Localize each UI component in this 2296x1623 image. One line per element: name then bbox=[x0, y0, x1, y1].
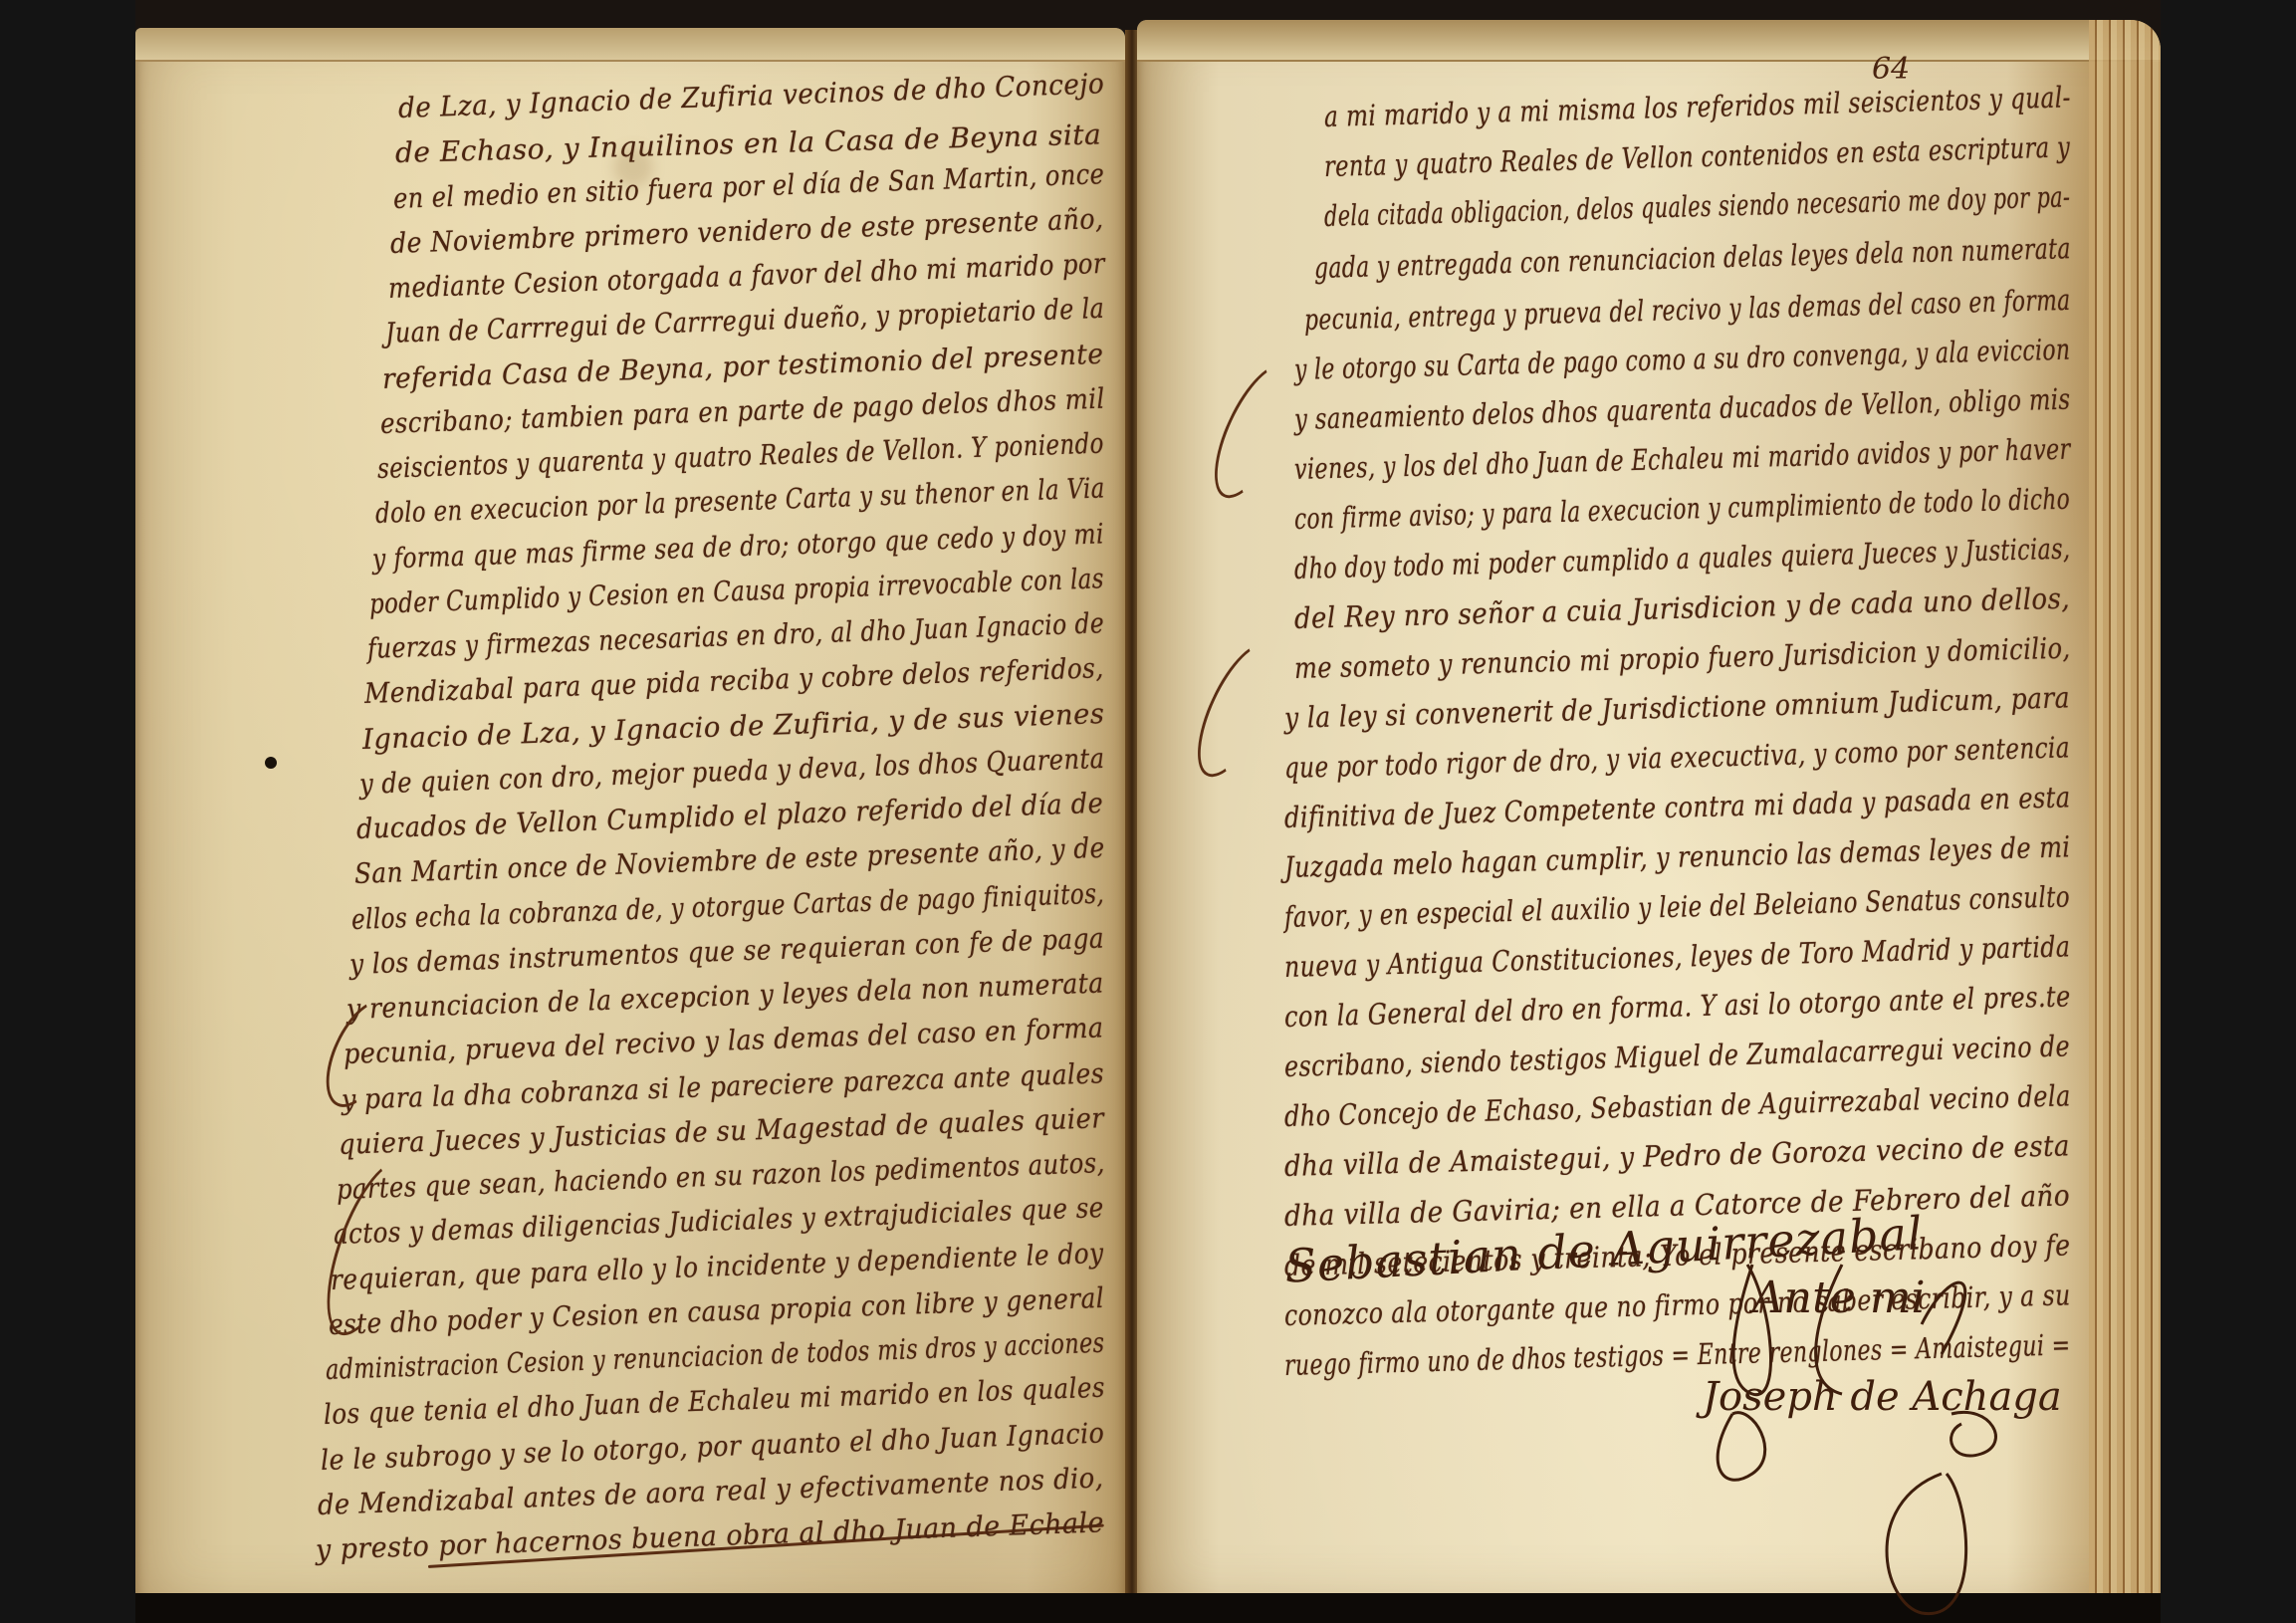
ink-blot bbox=[265, 757, 277, 769]
left-page-top-edge bbox=[135, 28, 1125, 62]
notary-rubric-flourish bbox=[1693, 1245, 2031, 1623]
right-page-top-edge bbox=[1137, 20, 2161, 62]
right-page-fore-edge bbox=[2089, 20, 2161, 1611]
folio-number: 64 bbox=[1872, 52, 1910, 87]
